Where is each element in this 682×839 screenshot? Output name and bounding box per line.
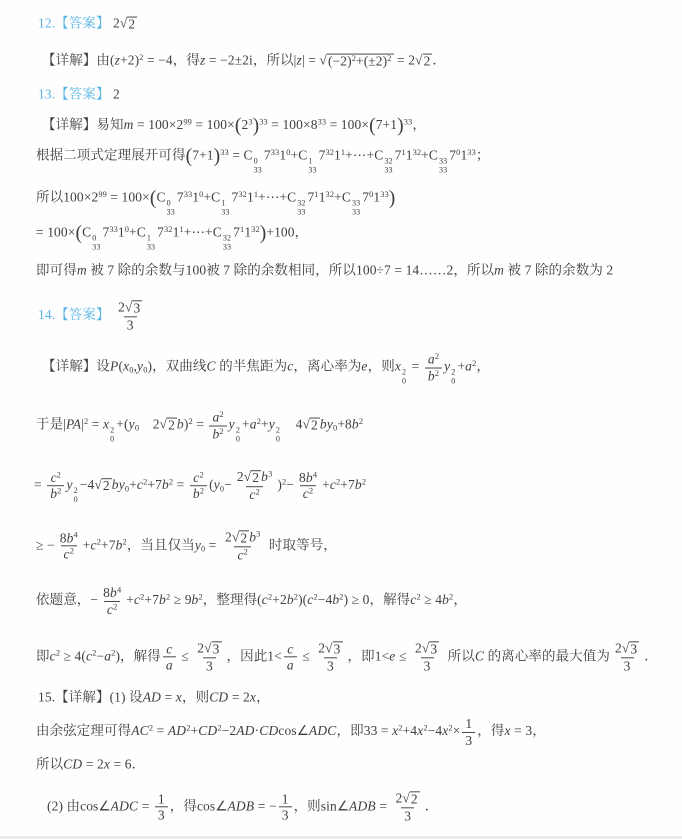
text-run: ≥ −8b4c2+c2+7b2，当且仅当y0 = 2√2b3c2 时取等号， (36, 537, 337, 552)
radical: √2 (120, 17, 137, 33)
line-solution-14-6: 即c2 ≥ 4(c2−a2)，解得ca ≤ 2√33，因此1<ca ≤ 2√33… (36, 640, 658, 673)
fraction: a2b2 (425, 352, 442, 384)
stacked-scripts: 20 (236, 427, 240, 445)
fraction: ca (163, 641, 176, 673)
text-run: 【详解】设P(x0,y0)，双曲线C 的半焦距为c，离心率为e，则x20 = a… (42, 359, 490, 374)
stacked-scripts: 033 (254, 158, 262, 176)
stacked-scripts: 133 (308, 158, 316, 176)
stacked-scripts: 133 (147, 235, 155, 253)
text-run: 2√33 (110, 307, 148, 322)
line-solution-13-4: = 100×(C03373310+C13373211+⋯+C323371132)… (36, 224, 308, 253)
text-run: 所以100×299 = 100×(C03373310+C13373211+⋯+C… (36, 190, 395, 205)
fraction: ca (284, 641, 297, 673)
fraction: 8b4c2 (57, 530, 81, 562)
text-run: 即可得m 被 7 除的余数与100被 7 除的余数相同，所以100÷7 = 14… (36, 263, 613, 278)
stacked-scripts: 133 (221, 200, 229, 218)
fraction: c2b2 (190, 470, 207, 502)
text-run: 15.【详解】(1) 设AD = x，则CD = 2x， (38, 690, 270, 705)
radical: √2 (415, 54, 432, 70)
fraction: a2b2 (209, 410, 226, 442)
text-run: = c2b2y20−4√2by0+c2+7b2 = c2b2(y0−2√2b3c… (34, 477, 366, 492)
text-run: 根据二项式定理展开可得(7+1)33 = C03373310+C13373211… (36, 148, 489, 163)
answer-label: 13.【答案】 (38, 87, 110, 102)
fraction: 8b4c2 (296, 470, 320, 502)
fraction: 13 (462, 716, 475, 748)
answer-label: 12.【答案】 (38, 16, 110, 31)
radical: √2 (402, 791, 419, 807)
line-answer-14: 14.【答案】 2√33 (38, 299, 147, 332)
radical: √3 (204, 641, 221, 657)
stacked-scripts: 3333 (439, 158, 447, 176)
fraction: 2√33 (194, 640, 224, 673)
stacked-scripts: 033 (167, 200, 175, 218)
stacked-scripts: 20 (276, 427, 280, 445)
text-run: 2√2 (110, 16, 138, 31)
fraction: 2√2b3c2 (222, 529, 263, 562)
fraction: 2√33 (315, 640, 345, 673)
text-run: 2 (110, 87, 120, 102)
radical: √2 (244, 470, 261, 486)
answer-key-page: 12.【答案】 2√2 【详解】由(z+2)2 = −4，得z = −2±2i，… (0, 0, 682, 839)
line-solution-13-3: 所以100×299 = 100×(C03373310+C13373211+⋯+C… (36, 189, 395, 218)
fraction: 8b4c2 (100, 585, 124, 617)
stacked-scripts: 033 (92, 235, 100, 253)
radical: √2 (232, 530, 249, 546)
stacked-scripts: 3333 (352, 200, 360, 218)
line-solution-15-4: (2) 由cos∠ADC = 13，得cos∠ADB = −13，则sin∠AD… (47, 790, 438, 823)
fraction: c2b2 (47, 470, 64, 502)
radical: √(−2)2+(±2)2 (319, 54, 393, 70)
text-run: 依题意，−8b4c2+c2+7b2 ≥ 9b2，整理得(c2+2b2)(c2−4… (36, 592, 467, 607)
text-run: (2) 由cos∠ADC = 13，得cos∠ADB = −13，则sin∠AD… (47, 798, 438, 813)
text-run: 【详解】易知m = 100×299 = 100×(23)33 = 100×833… (42, 117, 426, 132)
line-solution-14-5: 依题意，−8b4c2+c2+7b2 ≥ 9b2，整理得(c2+2b2)(c2−4… (36, 585, 467, 617)
fraction: 2√2b3c2 (234, 469, 275, 502)
line-answer-12: 12.【答案】 2√2 (38, 16, 137, 33)
line-solution-14-3: = c2b2y20−4√2by0+c2+7b2 = c2b2(y0−2√2b3c… (34, 469, 366, 505)
line-solution-13-1: 【详解】易知m = 100×299 = 100×(23)33 = 100×833… (42, 116, 426, 136)
line-answer-13: 13.【答案】 2 (38, 87, 120, 104)
stacked-scripts: 20 (451, 369, 455, 387)
line-solution-15-3: 所以CD = 2x = 6． (36, 757, 145, 774)
radical: √2 (94, 478, 111, 494)
line-solution-12: 【详解】由(z+2)2 = −4，得z = −2±2i，所以|z| = √(−2… (42, 53, 446, 70)
radical: √3 (622, 641, 639, 657)
fraction: 2√33 (612, 640, 642, 673)
text-run: 所以CD = 2x = 6． (36, 757, 145, 772)
stacked-scripts: 3233 (223, 235, 231, 253)
line-solution-14-2: 于是|PA|2 = x20+(y0 2√2b)2 = a2b2y20+a2+y2… (36, 410, 363, 445)
text-run: 【详解】由(z+2)2 = −4，得z = −2±2i，所以|z| = √(−2… (42, 53, 446, 68)
stacked-scripts: 3233 (297, 200, 305, 218)
text-run: 由余弦定理可得AC2 = AD2+CD2−2AD·CDcos∠ADC，即33 =… (36, 723, 546, 738)
stacked-scripts: 20 (110, 427, 114, 445)
radical: √3 (325, 641, 342, 657)
stacked-scripts: 20 (402, 369, 406, 387)
stacked-scripts: 20 (74, 487, 78, 505)
fraction: 13 (279, 791, 292, 823)
fraction: 13 (155, 791, 168, 823)
radical: √2 (160, 418, 177, 434)
radical: √2 (303, 418, 320, 434)
line-solution-14-1: 【详解】设P(x0,y0)，双曲线C 的半焦距为c，离心率为e，则x20 = a… (42, 352, 490, 387)
line-solution-15-1: 15.【详解】(1) 设AD = x，则CD = 2x， (38, 690, 270, 707)
line-solution-13-5: 即可得m 被 7 除的余数与100被 7 除的余数相同，所以100÷7 = 14… (36, 263, 613, 280)
fraction: 2√23 (393, 790, 423, 823)
stacked-scripts: 3233 (384, 158, 392, 176)
text-run: = 100×(C03373310+C13373211+⋯+C323371132)… (36, 225, 308, 240)
line-solution-15-2: 由余弦定理可得AC2 = AD2+CD2−2AD·CDcos∠ADC，即33 =… (36, 716, 546, 748)
fraction: 2√33 (412, 640, 442, 673)
answer-label: 14.【答案】 (38, 307, 110, 322)
text-run: 即c2 ≥ 4(c2−a2)，解得ca ≤ 2√33，因此1<ca ≤ 2√33… (36, 648, 658, 663)
text-run: 于是|PA|2 = x20+(y0 2√2b)2 = a2b2y20+a2+y2… (36, 417, 363, 432)
radical: √3 (422, 641, 439, 657)
line-solution-14-4: ≥ −8b4c2+c2+7b2，当且仅当y0 = 2√2b3c2 时取等号， (36, 529, 337, 562)
radical: √3 (125, 300, 142, 316)
fraction: 2√33 (115, 299, 145, 332)
line-solution-13-2: 根据二项式定理展开可得(7+1)33 = C03373310+C13373211… (36, 147, 489, 176)
